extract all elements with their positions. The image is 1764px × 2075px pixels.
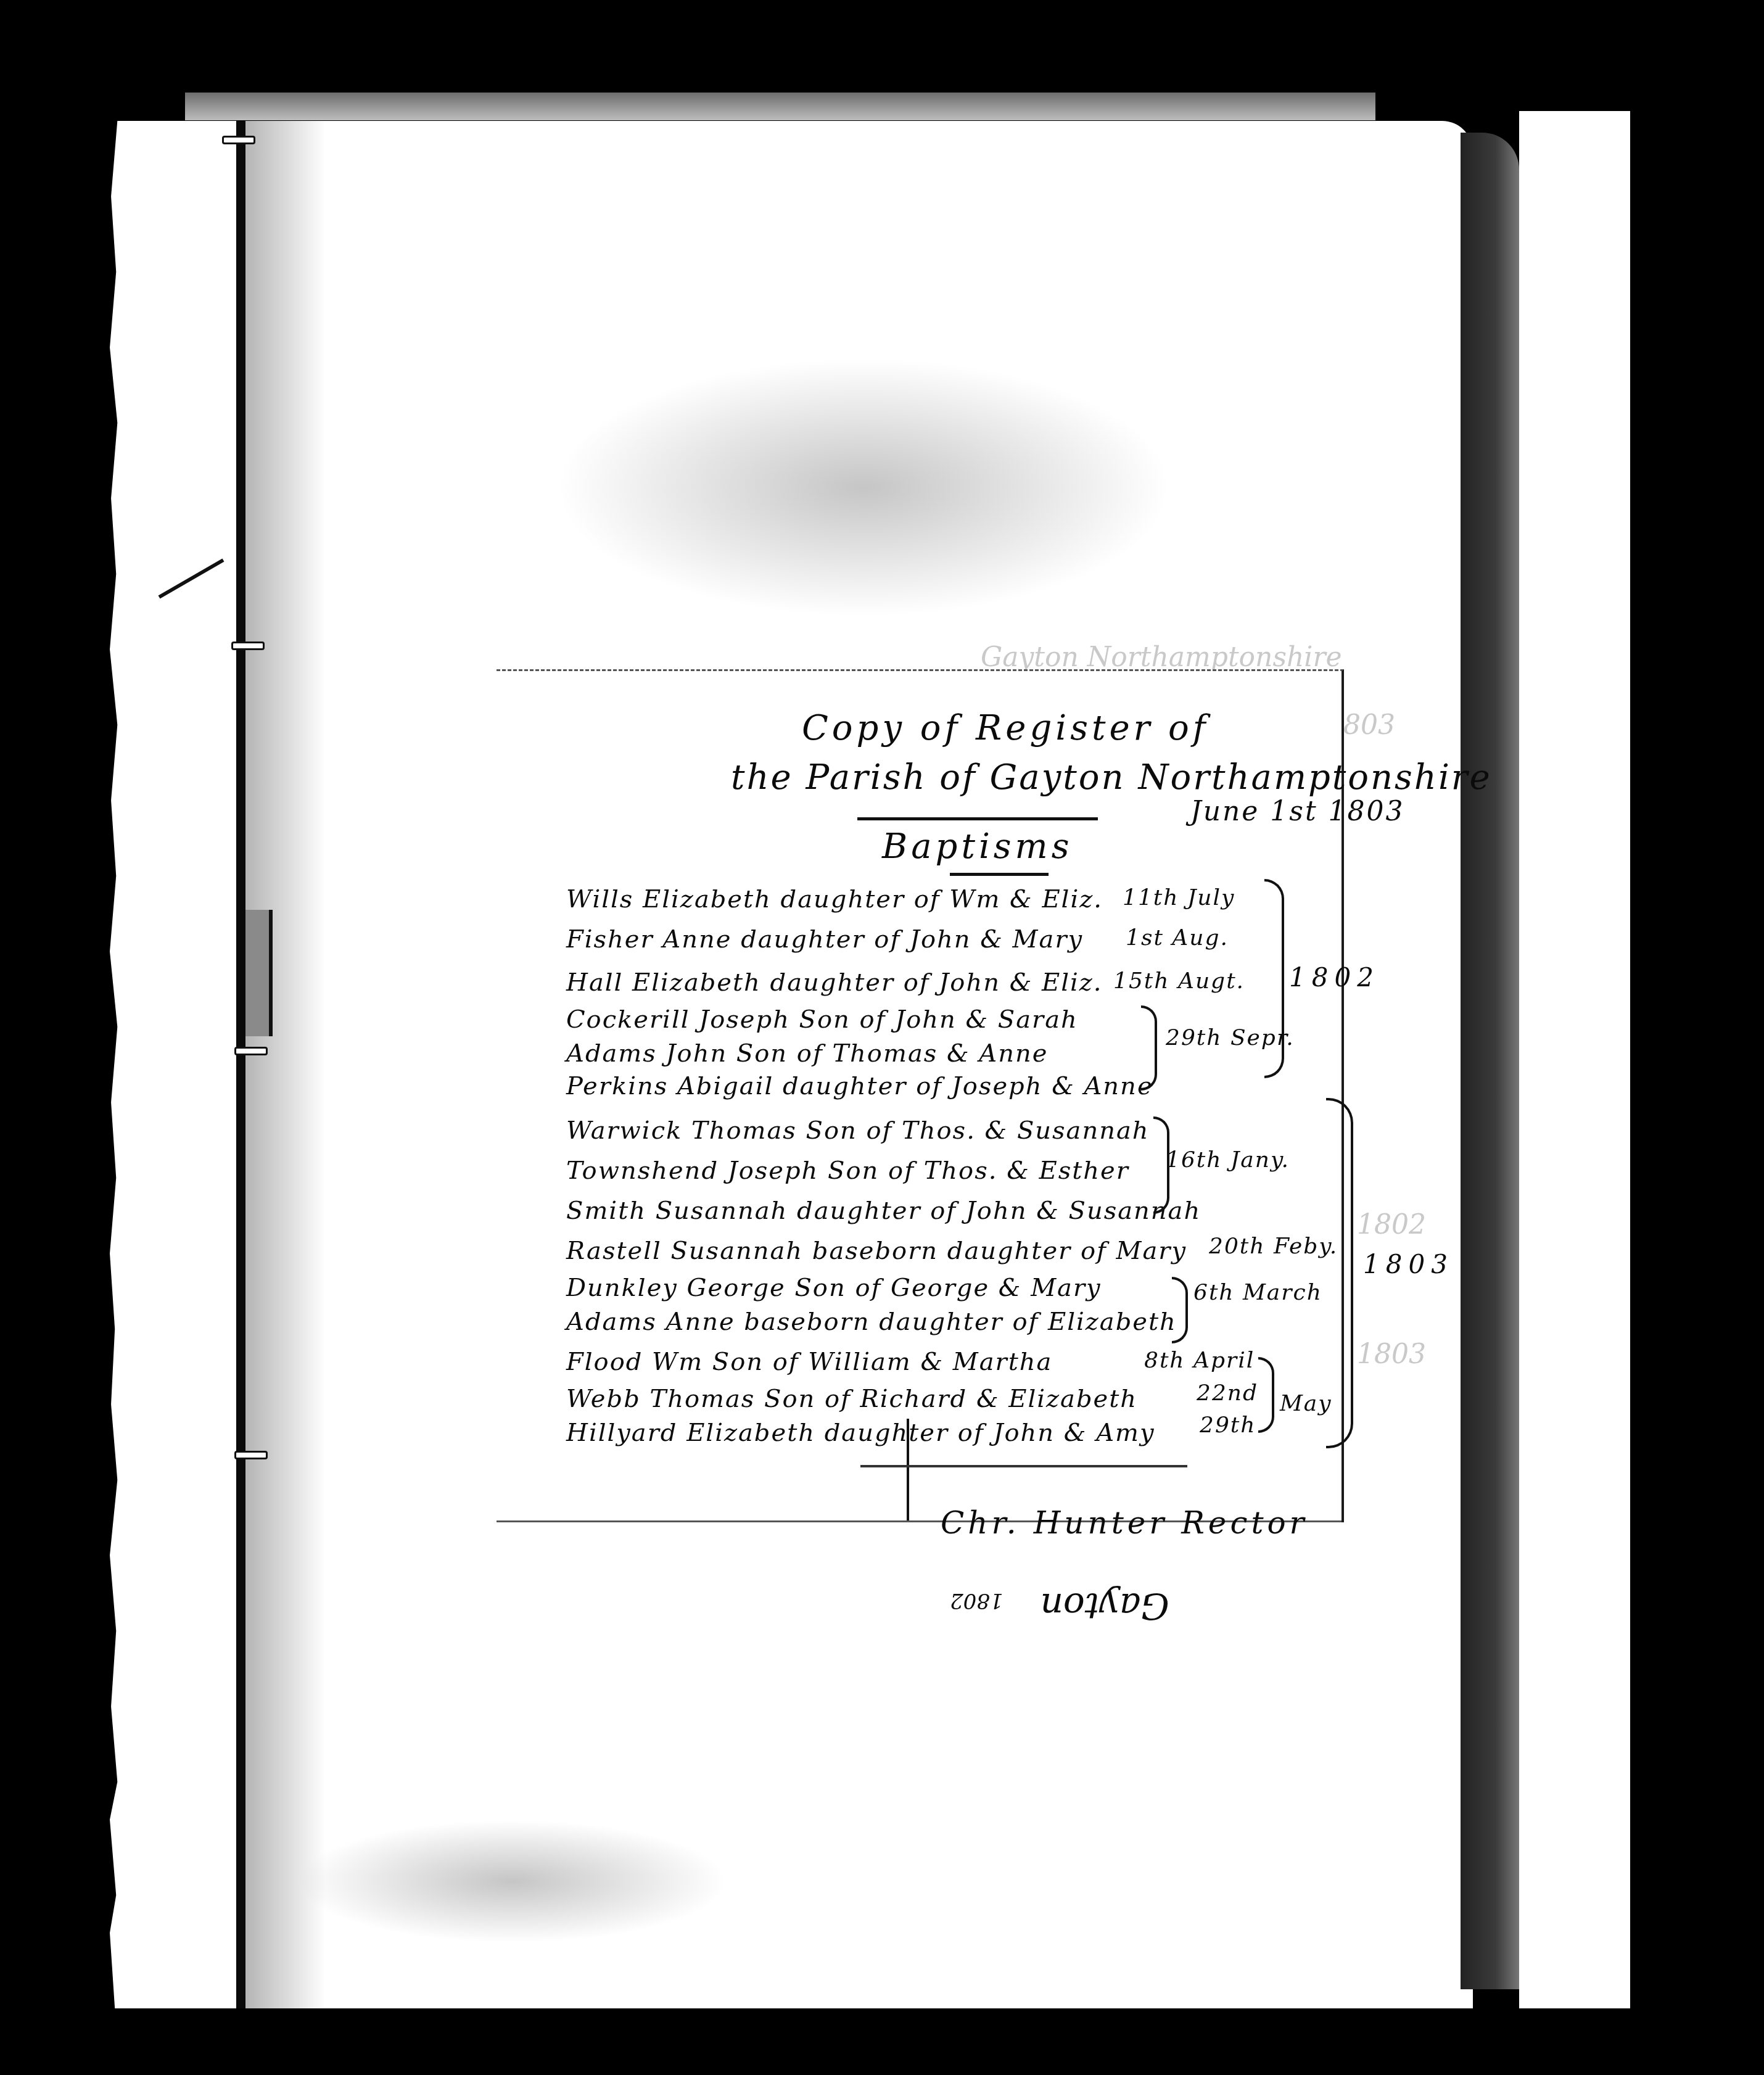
baptism-entry: Fisher Anne daughter of John & Mary [566, 925, 1083, 954]
gutter-shadow [245, 121, 326, 2008]
scan-border-bottom [0, 2008, 1764, 2075]
header-date: June 1st 1803 [1190, 796, 1405, 827]
left-facing-page-edge [110, 121, 236, 2008]
brace-sept [1141, 1005, 1157, 1091]
binding-stitch [234, 1047, 268, 1055]
baptism-entry: Adams Anne baseborn daughter of Elizabet… [566, 1308, 1177, 1336]
baptism-entry: Perkins Abigail daughter of Joseph & Ann… [566, 1072, 1153, 1100]
baptism-entry: Wills Elizabeth daughter of Wm & Eliz. [566, 885, 1103, 914]
ghost-text: Gayton Northamptonshire [981, 641, 1342, 673]
entry-date: 29th [1200, 1413, 1256, 1438]
ghost-text: 1803 [1357, 1339, 1426, 1370]
baptism-entry: Adams John Son of Thomas & Anne [566, 1039, 1048, 1068]
header-rule [857, 817, 1098, 820]
baptism-entry: Hall Elizabeth daughter of John & Eliz. [566, 968, 1103, 997]
endorsement-place: Gayton [1041, 1585, 1169, 1627]
section-title: Baptisms [882, 827, 1073, 867]
baptism-entry: Smith Susannah daughter of John & Susann… [566, 1197, 1201, 1225]
rector-signature: Chr. Hunter Rector [941, 1505, 1308, 1541]
signature-rule [860, 1465, 1187, 1467]
entry-date: 20th Feby. [1209, 1234, 1338, 1259]
entry-date: 6th March [1193, 1280, 1322, 1305]
entry-date: 8th April [1144, 1348, 1255, 1373]
header-line-2: the Parish of Gayton Northamptonshire [731, 757, 1492, 798]
stain [296, 1820, 728, 1943]
brace-may [1258, 1357, 1274, 1433]
scan-border-right [1630, 0, 1764, 2075]
baptism-entry: Cockerill Joseph Son of John & Sarah [566, 1005, 1078, 1034]
page-edge-curl [1461, 133, 1519, 1989]
binding-stitch [234, 1451, 268, 1459]
upside-down-endorsement: Gayton1802 [950, 1585, 1169, 1627]
month-may: May [1280, 1391, 1332, 1416]
entry-date: 16th Jany. [1166, 1147, 1290, 1173]
binding-tab [245, 910, 273, 1036]
baptism-entry: Dunkley George Son of George & Mary [566, 1274, 1102, 1302]
binding-spine [237, 121, 245, 2008]
stain [555, 358, 1172, 617]
header-line-1: Copy of Register of [802, 708, 1210, 748]
year-1802: 1802 [1289, 962, 1380, 992]
right-facing-page [1519, 111, 1630, 2017]
baptism-entry: Webb Thomas Son of Richard & Elizabeth [566, 1385, 1137, 1413]
entry-date: 11th July [1123, 885, 1235, 910]
baptism-entry: Townshend Joseph Son of Thos. & Esther [566, 1157, 1129, 1185]
binding-stitch [231, 641, 265, 650]
brace-jan [1153, 1116, 1169, 1214]
baptism-entry: Hillyard Elizabeth daughter of John & Am… [566, 1419, 1155, 1447]
entry-date: 15th Augt. [1113, 968, 1245, 994]
scan-top-strip [185, 93, 1375, 120]
baptism-entry: Rastell Susannah baseborn daughter of Ma… [566, 1237, 1187, 1265]
brace-march [1172, 1277, 1188, 1343]
baptism-entry: Warwick Thomas Son of Thos. & Susannah [566, 1116, 1150, 1145]
brace-1802 [1264, 879, 1284, 1078]
endorsement-year: 1802 [950, 1588, 1004, 1613]
year-1803: 1803 [1363, 1249, 1454, 1279]
baptism-entry: Flood Wm Son of William & Martha [566, 1348, 1052, 1376]
binding-stitch [222, 136, 255, 144]
ghost-text: 1802 [1357, 1209, 1426, 1240]
entry-date: 1st Aug. [1126, 925, 1229, 951]
section-rule [950, 873, 1049, 876]
entry-date: 22nd [1197, 1380, 1258, 1406]
brace-1803 [1326, 1098, 1353, 1448]
